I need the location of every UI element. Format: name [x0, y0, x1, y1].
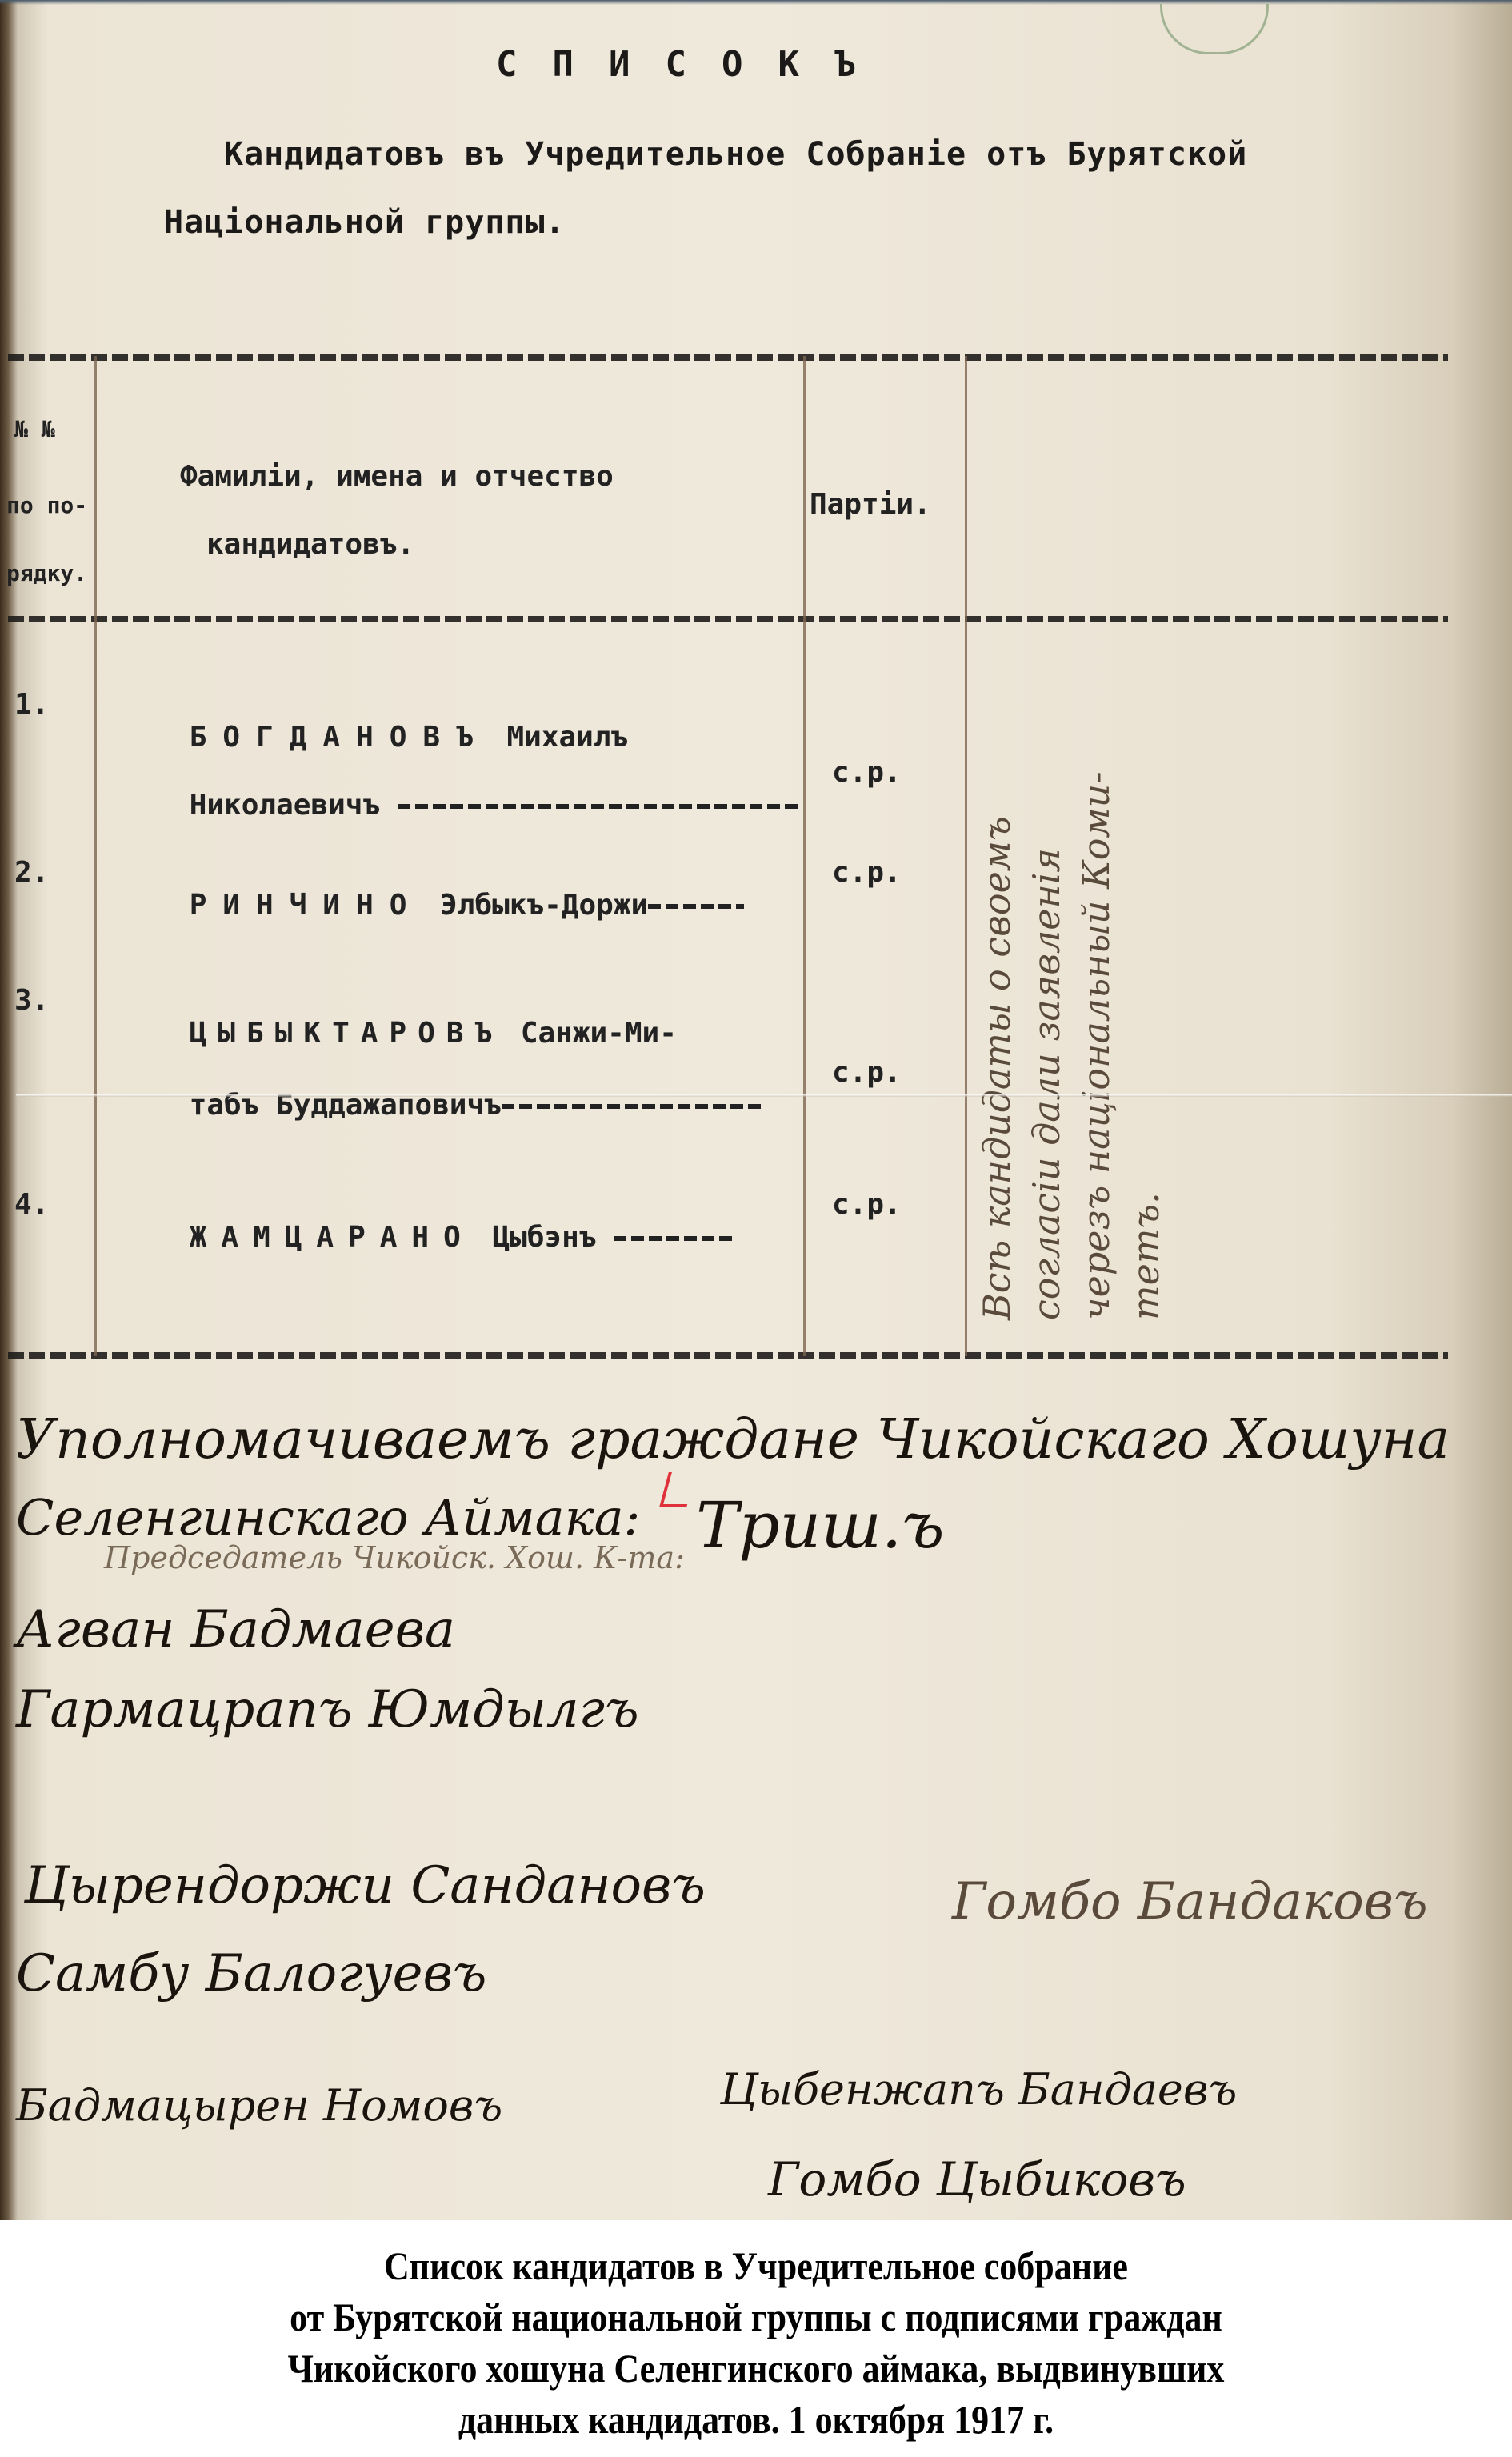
row-4-given-name: Цыбэнъ: [492, 1221, 596, 1254]
table-column-divider-3: [965, 356, 967, 1356]
authorization-line-2: Селенгинскаго Аймака:: [16, 1488, 640, 1547]
signature-1: Агван Бадмаева: [16, 1600, 455, 1659]
row-4-party: с.р.: [832, 1188, 902, 1221]
row-2-number: 2.: [14, 856, 49, 889]
signature-7: Цыбенжапъ Бандаевъ: [720, 2064, 1237, 2115]
row-1-name-line-2: Николаевичъ: [120, 756, 798, 854]
authorization-line-1: Уполномачиваемъ граждане Чикойскаго Хошу…: [16, 1408, 1450, 1471]
row-2-given-name: Элбыкъ-Доржи: [440, 889, 648, 922]
leader-dashes: [648, 904, 744, 909]
caption-line-4: данных кандидатов. 1 октября 1917 г.: [90, 2394, 1421, 2445]
note-line-4: тетъ.: [1121, 600, 1170, 1320]
signature-2: Гармацрапъ Юмдылгъ: [16, 1680, 639, 1739]
caption-line-3: Чикойского хошуна Селенгинского аймака, …: [90, 2343, 1421, 2394]
header-name-line-1: Фамиліи, имена и отчество: [180, 460, 614, 493]
pencil-page-number-mark: [1160, 4, 1269, 54]
row-1-given-name: Михаилъ: [506, 721, 628, 754]
signature-8: Гомбо Цыбиковъ: [768, 2152, 1186, 2207]
document-title: СПИСОКЪ: [496, 44, 890, 85]
row-3-name-line-2: табъ Буддажаповичъ: [120, 1056, 766, 1154]
row-2-name-line-1: РИНЧИНО Элбыкъ-Доржи: [120, 856, 744, 954]
table-column-divider-1: [94, 356, 97, 1356]
signature-5: Самбу Балогуевъ: [16, 1944, 486, 2003]
header-name-line-2: кандидатовъ.: [206, 528, 414, 561]
photo-caption: Список кандидатов в Учредительное собран…: [90, 2240, 1421, 2445]
row-1-number: 1.: [14, 688, 49, 721]
caption-line-1: Список кандидатов в Учредительное собран…: [90, 2240, 1421, 2291]
row-2-surname: РИНЧИНО: [190, 889, 423, 922]
signature-6: Бадмацырен Номовъ: [16, 2080, 502, 2131]
chairman-signature: Триш.ъ: [696, 1488, 945, 1563]
leader-dashes: [398, 804, 798, 809]
row-3-number: 3.: [14, 984, 49, 1017]
row-3-party: с.р.: [832, 1056, 902, 1089]
chairman-label: Председатель Чикойск. Хош. К-та:: [104, 1540, 685, 1575]
archival-document-photo: СПИСОКЪ Кандидатовъ въ Учредительное Соб…: [0, 0, 1512, 2220]
note-line-2: согласіи дали заявленія: [1022, 600, 1071, 1320]
document-subtitle-line-2: Національной группы.: [164, 204, 566, 241]
row-4-surname: ЖАМЦАРАНО: [190, 1221, 475, 1254]
row-1-party: с.р.: [832, 756, 902, 789]
row-1-patronymic: Николаевичъ: [190, 789, 380, 822]
table-top-rule: [8, 354, 1448, 361]
paper-fold-crease: [16, 1094, 1512, 1097]
leader-dashes: [614, 1236, 734, 1241]
header-party: Партіи.: [810, 488, 931, 521]
table-header-rule: [8, 616, 1448, 622]
row-1-surname: БОГДАНОВЪ: [190, 721, 490, 754]
row-4-number: 4.: [14, 1188, 49, 1221]
caption-line-2: от Бурятской национальной группы с подпи…: [90, 2291, 1421, 2343]
signature-3: Цырендоржи Сандановъ: [24, 1856, 706, 1915]
handwritten-margin-note: Всѣ кандидаты о своемъ согласіи дали зая…: [972, 600, 1170, 1320]
table-column-divider-2: [803, 356, 806, 1356]
header-number-line-2: по по-: [6, 492, 87, 518]
note-line-1: Всѣ кандидаты о своемъ: [972, 600, 1022, 1320]
header-number-line-3: рядку.: [6, 560, 87, 586]
signature-4: Гомбо Бандаковъ: [952, 1872, 1428, 1931]
row-3-surname: ЦЫБЫКТАРОВЪ: [190, 1017, 503, 1050]
header-number-line-1: № №: [14, 416, 55, 442]
document-subtitle-line-1: Кандидатовъ въ Учредительное Собраніе от…: [224, 136, 1247, 173]
row-2-party: с.р.: [832, 856, 902, 889]
note-line-3: черезъ національный Коми-: [1071, 600, 1121, 1320]
table-bottom-rule: [8, 1352, 1448, 1359]
leader-dashes: [502, 1104, 766, 1109]
row-4-name-line-1: ЖАМЦАРАНО Цыбэнъ: [120, 1188, 734, 1287]
red-check-mark-icon: [659, 1472, 696, 1507]
row-3-given-name: Санжи-Ми-: [521, 1017, 677, 1050]
